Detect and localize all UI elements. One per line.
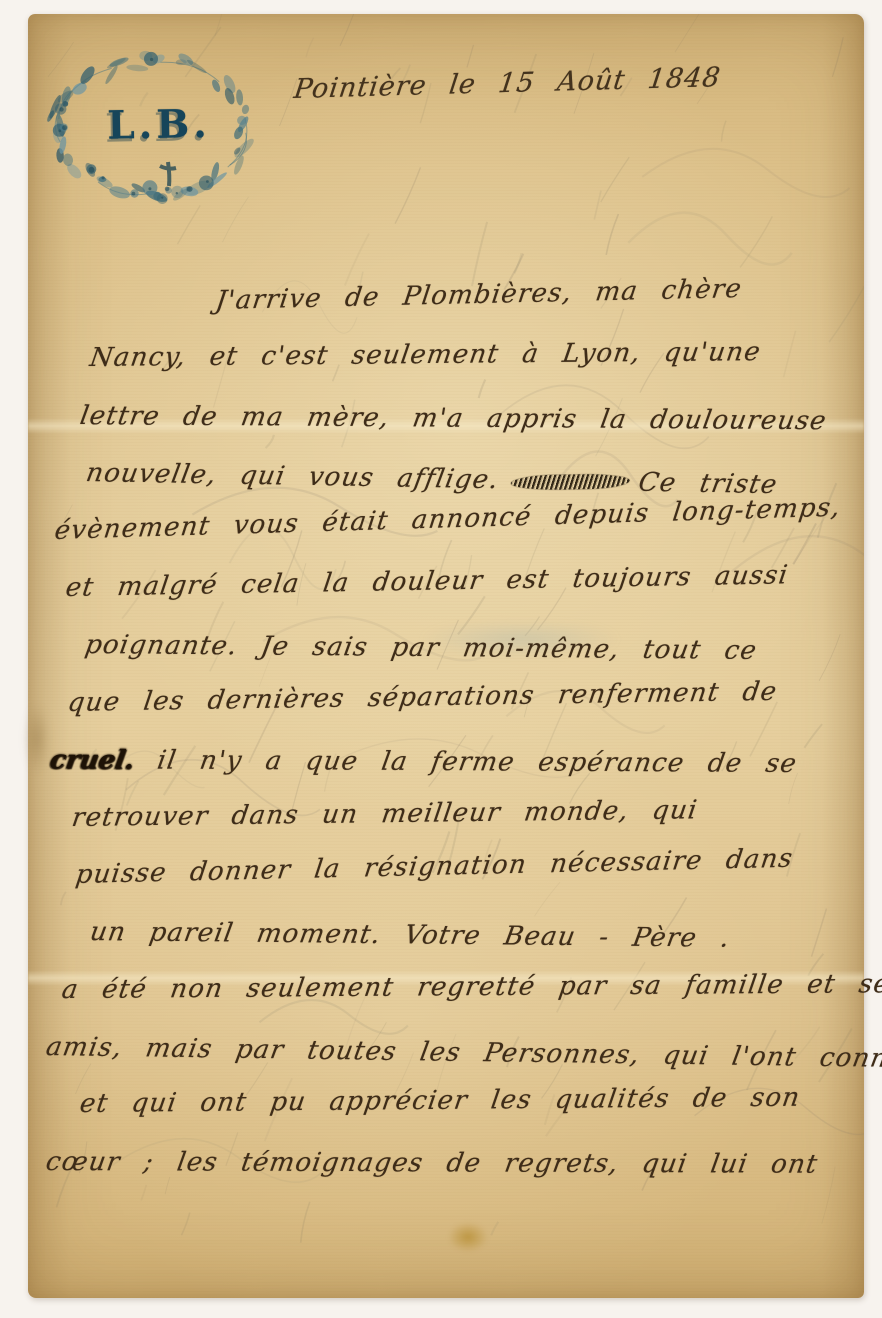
handwritten-line: et malgré cela la douleur est toujours a… xyxy=(60,559,868,631)
line-segment: il n'y a que la ferme espérance de se xyxy=(132,746,800,779)
paper-stain xyxy=(448,1222,488,1252)
handwritten-line: cœur ; les témoignages de regrets, qui l… xyxy=(39,1147,868,1207)
handwritten-line: lettre de ma mère, m'a appris la doulour… xyxy=(73,401,868,464)
line-segment: cruel. xyxy=(48,745,137,775)
monogram-stamp: L.B. xyxy=(40,44,262,214)
handwritten-line: J'arrive de Plombières, ma chère xyxy=(210,271,868,343)
letter-paper: L.B. Pointière le 15 Août 1848 J'arrive … xyxy=(28,14,864,1298)
dateline: Pointière le 15 Août 1848 xyxy=(292,62,723,105)
ink-scribble-redaction xyxy=(509,474,630,491)
line-segment: nouvelle, qui vous afflige. xyxy=(84,458,502,495)
handwritten-line: que les dernières séparations renferment… xyxy=(62,675,868,745)
letter-body: J'arrive de Plombières, ma chèreNancy, e… xyxy=(28,286,864,1204)
scan-background: { "colors":{ "scan_background":"#f7f3ee"… xyxy=(0,0,882,1318)
handwritten-line: a été non seulement regretté par sa fami… xyxy=(56,969,869,1032)
handwritten-line: et qui ont pu apprécier les qualités de … xyxy=(74,1083,869,1147)
handwritten-line: Nancy, et c'est seulement à Lyon, qu'une xyxy=(84,337,869,401)
monogram-initials: L.B. xyxy=(40,100,263,150)
